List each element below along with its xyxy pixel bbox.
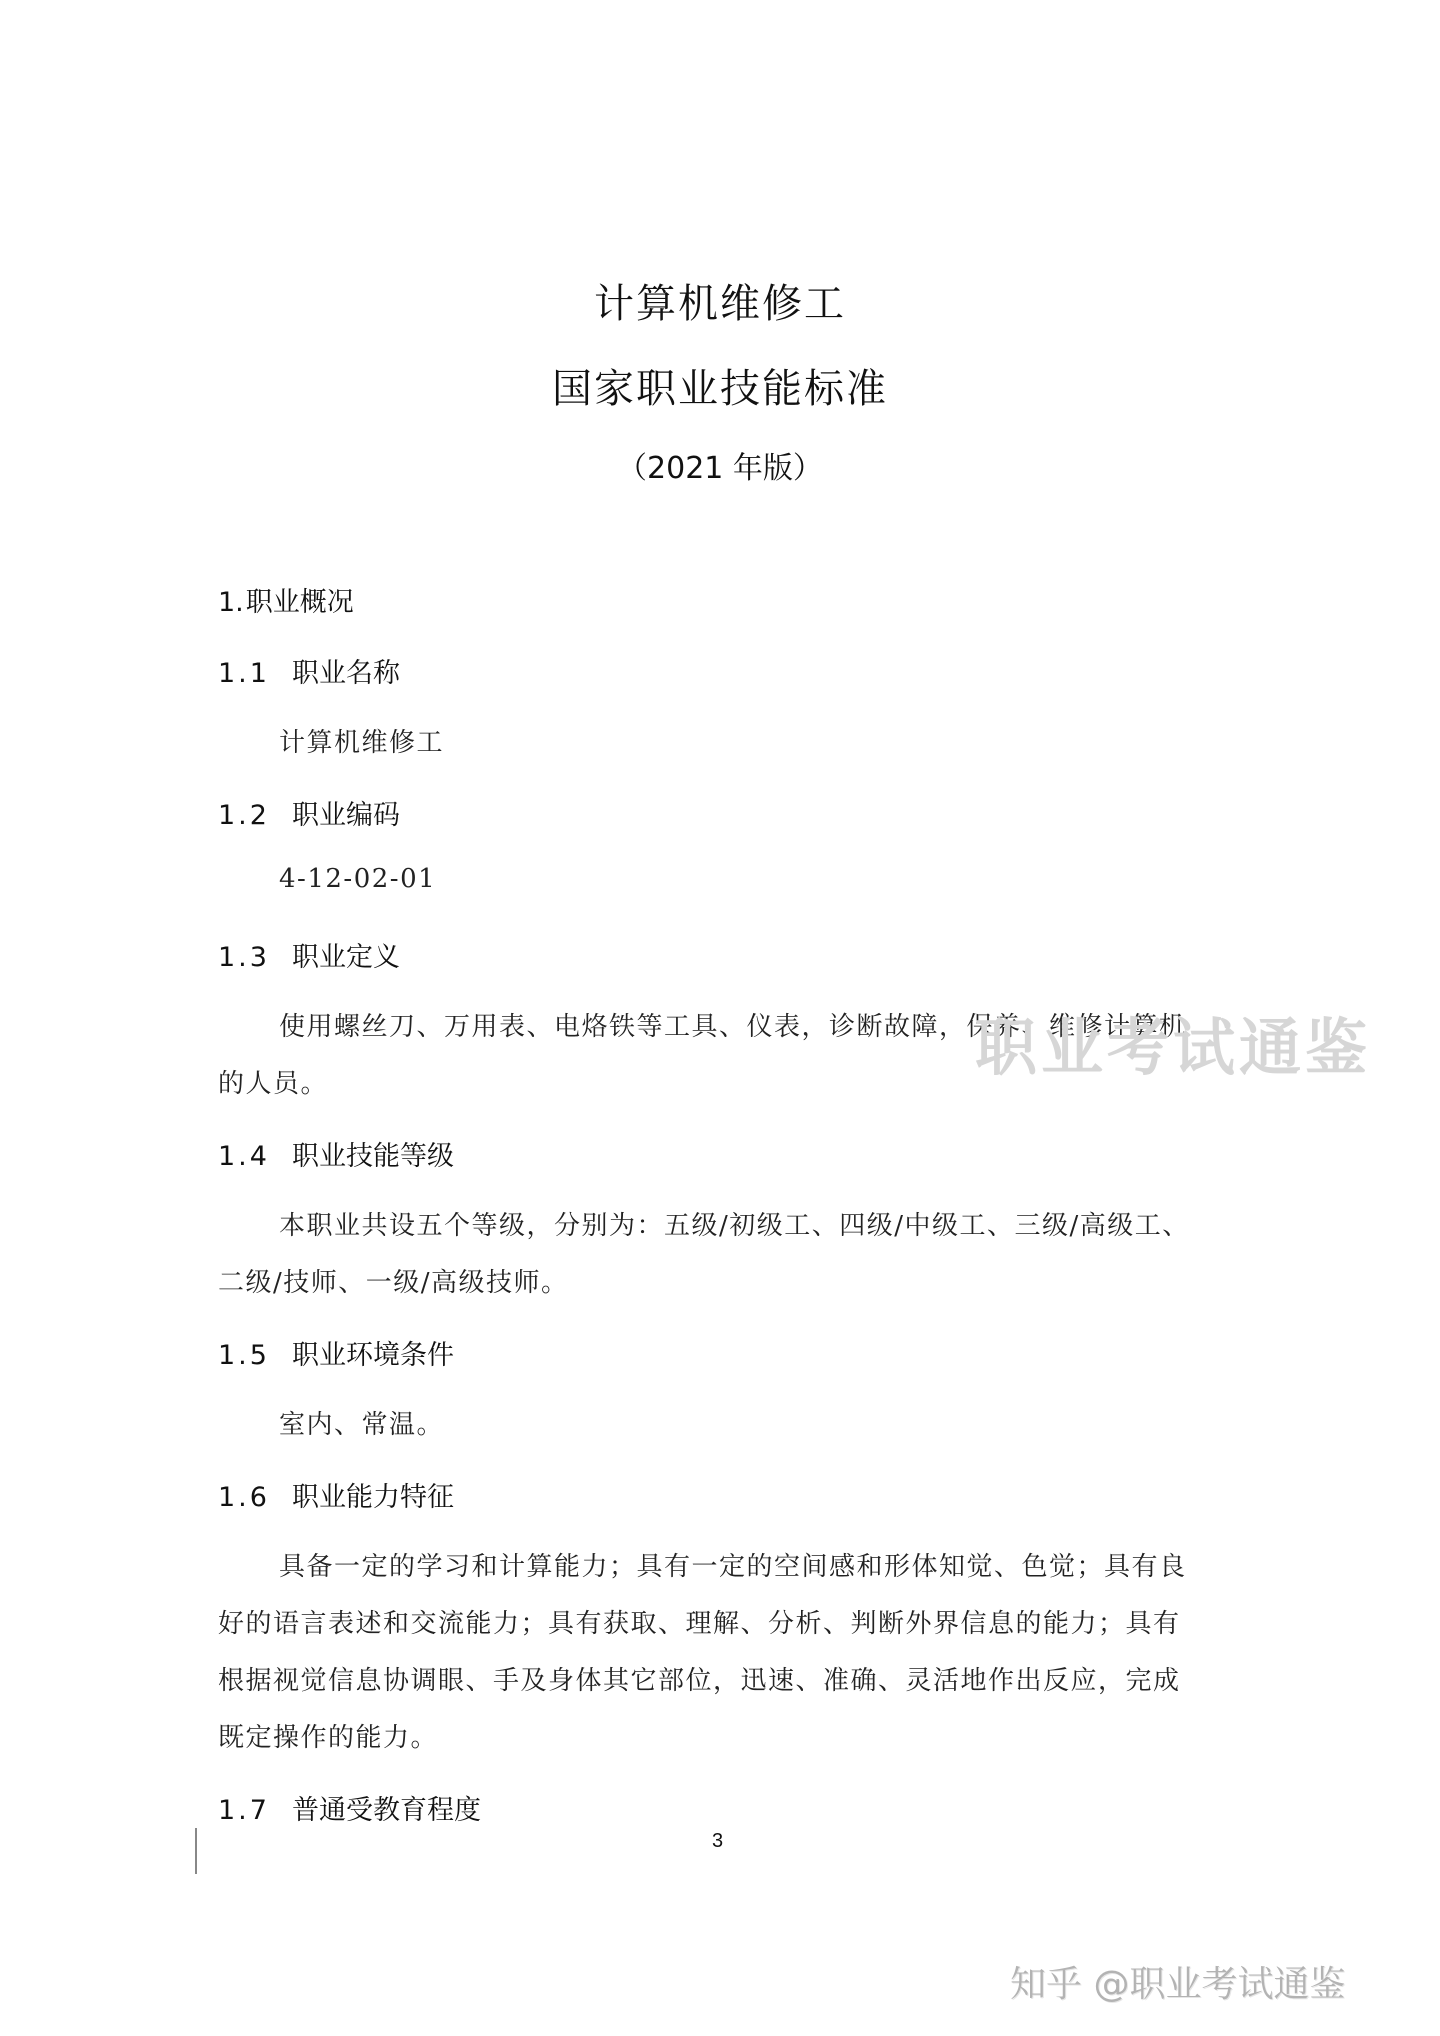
section-heading-1-3: 1.3职业定义 — [218, 935, 400, 974]
section-heading-1-6: 1.6职业能力特征 — [218, 1475, 454, 1514]
section-heading-1-2: 1.2职业编码 — [218, 793, 400, 832]
title-standard: 国家职业技能标准 — [0, 357, 1440, 414]
section-body-1-5: 室内、常温。 — [279, 1404, 444, 1441]
section-body-1-2: 4-12-02-01 — [279, 864, 436, 894]
section-body-1-6-line3: 根据视觉信息协调眼、手及身体其它部位，迅速、准确、灵活地作出反应，完成 — [218, 1660, 1181, 1697]
section-heading-1-4: 1.4职业技能等级 — [218, 1134, 454, 1173]
section-heading-1: 1.职业概况 — [218, 580, 354, 619]
watermark-zhihu: 知乎 @职业考试通鉴 — [1010, 1956, 1345, 2007]
section-body-1-1: 计算机维修工 — [279, 722, 444, 759]
title-occupation: 计算机维修工 — [0, 272, 1440, 329]
section-heading-1-5: 1.5职业环境条件 — [218, 1333, 454, 1372]
section-heading-1-1: 1.1职业名称 — [218, 651, 400, 690]
section-body-1-6-line4: 既定操作的能力。 — [218, 1717, 438, 1754]
watermark-center: 职业考试通鉴 — [975, 998, 1371, 1087]
section-body-1-3-line2: 的人员。 — [218, 1063, 328, 1100]
section-body-1-6-line1: 具备一定的学习和计算能力；具有一定的空间感和形体知觉、色觉；具有良 — [279, 1546, 1187, 1583]
page-number: 3 — [712, 1830, 723, 1853]
page-margin-marker — [195, 1828, 197, 1874]
section-heading-1-7: 1.7普通受教育程度 — [218, 1788, 481, 1827]
title-edition: （2021 年版） — [0, 443, 1440, 487]
section-body-1-4-line2: 二级/技师、一级/高级技师。 — [218, 1262, 569, 1299]
section-body-1-6-line2: 好的语言表述和交流能力；具有获取、理解、分析、判断外界信息的能力；具有 — [218, 1603, 1181, 1640]
section-body-1-4-line1: 本职业共设五个等级，分别为：五级/初级工、四级/中级工、三级/高级工、 — [279, 1205, 1190, 1242]
